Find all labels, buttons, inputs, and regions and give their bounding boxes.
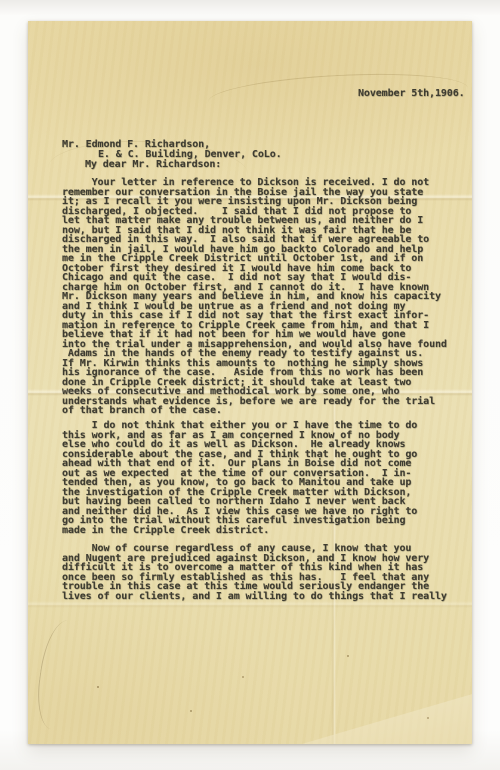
pencil-mark xyxy=(33,618,90,733)
letter-paragraph-2: I do not think that either you or I have… xyxy=(62,421,417,535)
foxing-speck xyxy=(97,686,99,688)
salutation: My dear Mr. Richardson: xyxy=(85,159,221,170)
corner-fold xyxy=(302,692,472,744)
letter-paragraph-1: Your letter in reference to Dickson is r… xyxy=(62,178,447,416)
foxing-speck xyxy=(427,717,429,719)
scanned-letter-photo: November 5th,1906. Mr. Edmond F. Richard… xyxy=(0,0,500,770)
horizontal-fold-crease xyxy=(28,601,472,608)
foxing-speck xyxy=(242,676,244,678)
foxing-speck xyxy=(190,710,192,712)
letter-paper: November 5th,1906. Mr. Edmond F. Richard… xyxy=(28,21,472,744)
letter-date: November 5th,1906. xyxy=(358,88,465,99)
letter-paragraph-3: Now of course regardless of any cause, I… xyxy=(62,544,447,601)
foxing-speck xyxy=(347,655,349,657)
